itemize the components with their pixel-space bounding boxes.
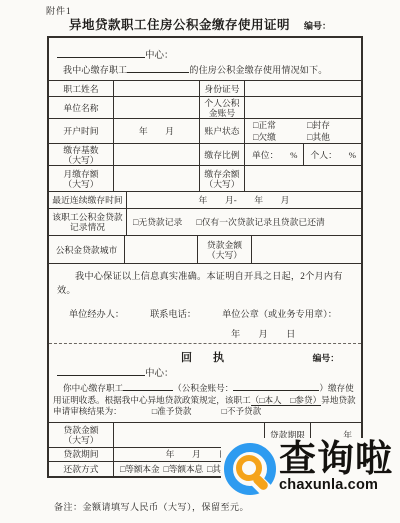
certificate-table: 职工姓名 身份证号 单位名称 个人公积 金账号 开户时间 年 月 账户状态 □正… xyxy=(49,80,361,264)
receipt-header: 回 执 编号： xyxy=(49,348,361,362)
receipt-center-suffix: 中心： xyxy=(145,369,174,379)
title-row: 异地贷款职工住房公积金缴存使用证明 编号： xyxy=(0,15,400,33)
intro-pre: 我中心缴存职工 xyxy=(63,65,127,75)
phone-label: 联系电话： xyxy=(150,306,196,320)
checkbox-equal-principal[interactable]: □等额本金 xyxy=(120,464,160,474)
monthly-deposit-label: 月缴存额 （大写） xyxy=(49,166,113,191)
loan-amount-label: 贷款金额 （大写） xyxy=(197,236,251,263)
receipt-l2-post: 异地贷款 xyxy=(321,395,355,405)
table-row: 单位名称 个人公积 金账号 xyxy=(49,96,361,118)
deposit-base-label: 缴存基数 （大写） xyxy=(49,144,113,165)
checkbox-status-arrears[interactable]: □欠缴 xyxy=(253,132,276,142)
serial-number-label: 编号： xyxy=(304,19,331,32)
unit-name-label: 单位名称 xyxy=(49,97,113,118)
ratio-personal-pct: % xyxy=(349,150,356,160)
unit-name-field[interactable] xyxy=(113,97,199,118)
certificate-promise: 我中心保证以上信息真实准确。本证明自开具之日起，2个月内有效。 xyxy=(57,268,353,296)
checkbox-one-loan-record[interactable]: □仅有一次贷款记录且贷款已还清 xyxy=(196,217,324,227)
loan-amount-field[interactable] xyxy=(251,236,361,263)
receipt-employee-name-blank[interactable] xyxy=(123,381,173,391)
employee-name-field[interactable] xyxy=(113,81,199,96)
receipt-l1-pre: 你中心缴存职工 xyxy=(63,383,123,393)
ratio-unit-pct: % xyxy=(290,150,297,160)
checkbox-equal-installment[interactable]: □等额本息 xyxy=(164,464,204,474)
page-title: 异地贷款职工住房公积金缴存使用证明 xyxy=(69,15,290,33)
checkbox-status-normal[interactable]: □正常 xyxy=(253,120,276,130)
agent-label: 单位经办人： xyxy=(69,306,124,320)
watermark-text: 查询啦 chaxunla.com xyxy=(279,440,393,492)
receipt-addressee-line: 中心： xyxy=(57,365,361,379)
loan-city-label: 公积金贷款城市 xyxy=(49,236,124,263)
employee-name-blank[interactable] xyxy=(127,63,189,73)
chaxunla-watermark: 查询啦 chaxunla.com xyxy=(221,438,395,496)
open-date-value[interactable]: 年 月 xyxy=(113,119,199,143)
checkbox-approve-loan[interactable]: □准予贷款 xyxy=(152,406,192,416)
certificate-form: 中心： 我中心缴存职工的住房公积金缴存使用情况如下。 职工姓名 身份证号 单位名… xyxy=(47,36,363,478)
certificate-signature-line: 单位经办人： 联系电话： 单位公章（或业务专用章）： xyxy=(69,306,361,320)
checkbox-reject-loan[interactable]: □不予贷款 xyxy=(222,406,262,416)
account-status-options: □正常 □封存 □欠缴 □其他 xyxy=(244,119,361,143)
table-row: 月缴存额 （大写） 缴存余额 （大写） xyxy=(49,165,361,191)
table-row: 最近连续缴存时间 年 月- 年 月 xyxy=(49,191,361,208)
ratio-unit-cell[interactable]: 单位： % xyxy=(245,144,303,165)
watermark-brand: 查询啦 xyxy=(279,440,393,480)
center-name-blank[interactable] xyxy=(57,48,145,58)
ratio-personal-label: 个人： xyxy=(311,150,337,160)
recent-period-value[interactable]: 年 月- 年 月 xyxy=(126,192,361,208)
receipt-serial-label: 编号： xyxy=(313,351,339,364)
receipt-body: 你中心缴存职工（公积金账号：）缴存使 用证明收悉。根据我中心异地贷款政策规定，该… xyxy=(53,381,357,418)
checkbox-no-loan-record[interactable]: □无贷款记录 xyxy=(133,217,182,227)
center-suffix: 中心： xyxy=(145,51,174,61)
balance-field[interactable] xyxy=(244,166,361,191)
personal-account-label: 个人公积 金账号 xyxy=(199,97,244,118)
recent-period-label: 最近连续缴存时间 xyxy=(49,192,126,208)
receipt-l1-post: ）缴存使 xyxy=(319,383,353,393)
loan-record-options: □无贷款记录 □仅有一次贷款记录且贷款已还清 xyxy=(126,209,361,235)
table-row: 该职工公积金贷款 记录情况 □无贷款记录 □仅有一次贷款记录且贷款已还清 xyxy=(49,208,361,235)
receipt-l2-pre: 用证明收悉。根据我中心异地贷款政策规定，该职工 xyxy=(53,395,251,405)
intro-line: 我中心缴存职工的住房公积金缴存使用情况如下。 xyxy=(63,63,361,76)
receipt-body-line2: 用证明收悉。根据我中心异地贷款政策规定，该职工（□本人 □参贷）异地贷款 xyxy=(53,395,357,407)
ratio-unit-label: 单位： xyxy=(252,150,278,160)
ratio-personal-cell[interactable]: 个人： % xyxy=(303,144,362,165)
personal-account-field[interactable] xyxy=(244,97,361,118)
employee-name-label: 职工姓名 xyxy=(49,81,113,96)
scanned-form-page: 附件1 异地贷款职工住房公积金缴存使用证明 编号： 中心： 我中心缴存职工的住房… xyxy=(0,0,400,523)
receipt-body-line1: 你中心缴存职工（公积金账号：）缴存使 xyxy=(53,381,357,395)
account-status-label: 账户状态 xyxy=(199,119,244,143)
table-row: 公积金贷款城市 贷款金额 （大写） xyxy=(49,235,361,263)
loan-city-field[interactable] xyxy=(124,236,197,263)
loan-record-label: 该职工公积金贷款 记录情况 xyxy=(49,209,126,235)
receipt-body-line3: 申请审核结果为： □准予贷款 □不予贷款 xyxy=(53,406,357,418)
footer-note: 备注：金额请填写人民币（大写），保留至元。 xyxy=(54,500,249,513)
table-row: 职工姓名 身份证号 xyxy=(49,80,361,96)
id-number-field[interactable] xyxy=(244,81,361,96)
balance-label: 缴存余额 （大写） xyxy=(199,166,244,191)
receipt-loan-amount-label: 贷款金额 （大写） xyxy=(49,423,113,447)
deposit-ratio-label: 缴存比例 xyxy=(199,144,244,165)
checkbox-status-sealed[interactable]: □封存 xyxy=(307,120,330,130)
receipt-account-blank[interactable] xyxy=(233,381,319,391)
intro-post: 的住房公积金缴存使用情况如下。 xyxy=(189,65,327,75)
seal-label: 单位公章（或业务专用章）： xyxy=(222,306,337,320)
loan-period-label: 贷款期间 xyxy=(49,448,113,461)
tear-line xyxy=(49,343,361,344)
monthly-deposit-field[interactable] xyxy=(113,166,199,191)
receipt-center-name-blank[interactable] xyxy=(57,366,145,376)
certificate-date-line: 年 月 日 xyxy=(231,326,361,340)
review-result-label: 申请审核结果为： xyxy=(53,406,122,416)
deposit-ratio-values: 单位： % 个人： % xyxy=(244,144,361,165)
receipt-title: 回 执 xyxy=(181,352,229,364)
repay-method-label: 还款方式 xyxy=(49,462,113,477)
receipt-l1-mid: （公积金账号： xyxy=(173,383,233,393)
deposit-base-field[interactable] xyxy=(113,144,199,165)
table-row: 缴存基数 （大写） 缴存比例 单位： % 个人： % xyxy=(49,143,361,165)
magnifier-logo-icon xyxy=(223,440,277,496)
open-date-label: 开户时间 xyxy=(49,119,113,143)
borrower-type-checkboxes[interactable]: （□本人 □参贷） xyxy=(251,395,322,406)
addressee-line: 中心： xyxy=(57,47,361,61)
checkbox-status-other[interactable]: □其他 xyxy=(307,132,330,142)
watermark-domain: chaxunla.com xyxy=(279,478,393,492)
id-number-label: 身份证号 xyxy=(199,81,244,96)
table-row: 开户时间 年 月 账户状态 □正常 □封存 □欠缴 □其他 xyxy=(49,118,361,143)
